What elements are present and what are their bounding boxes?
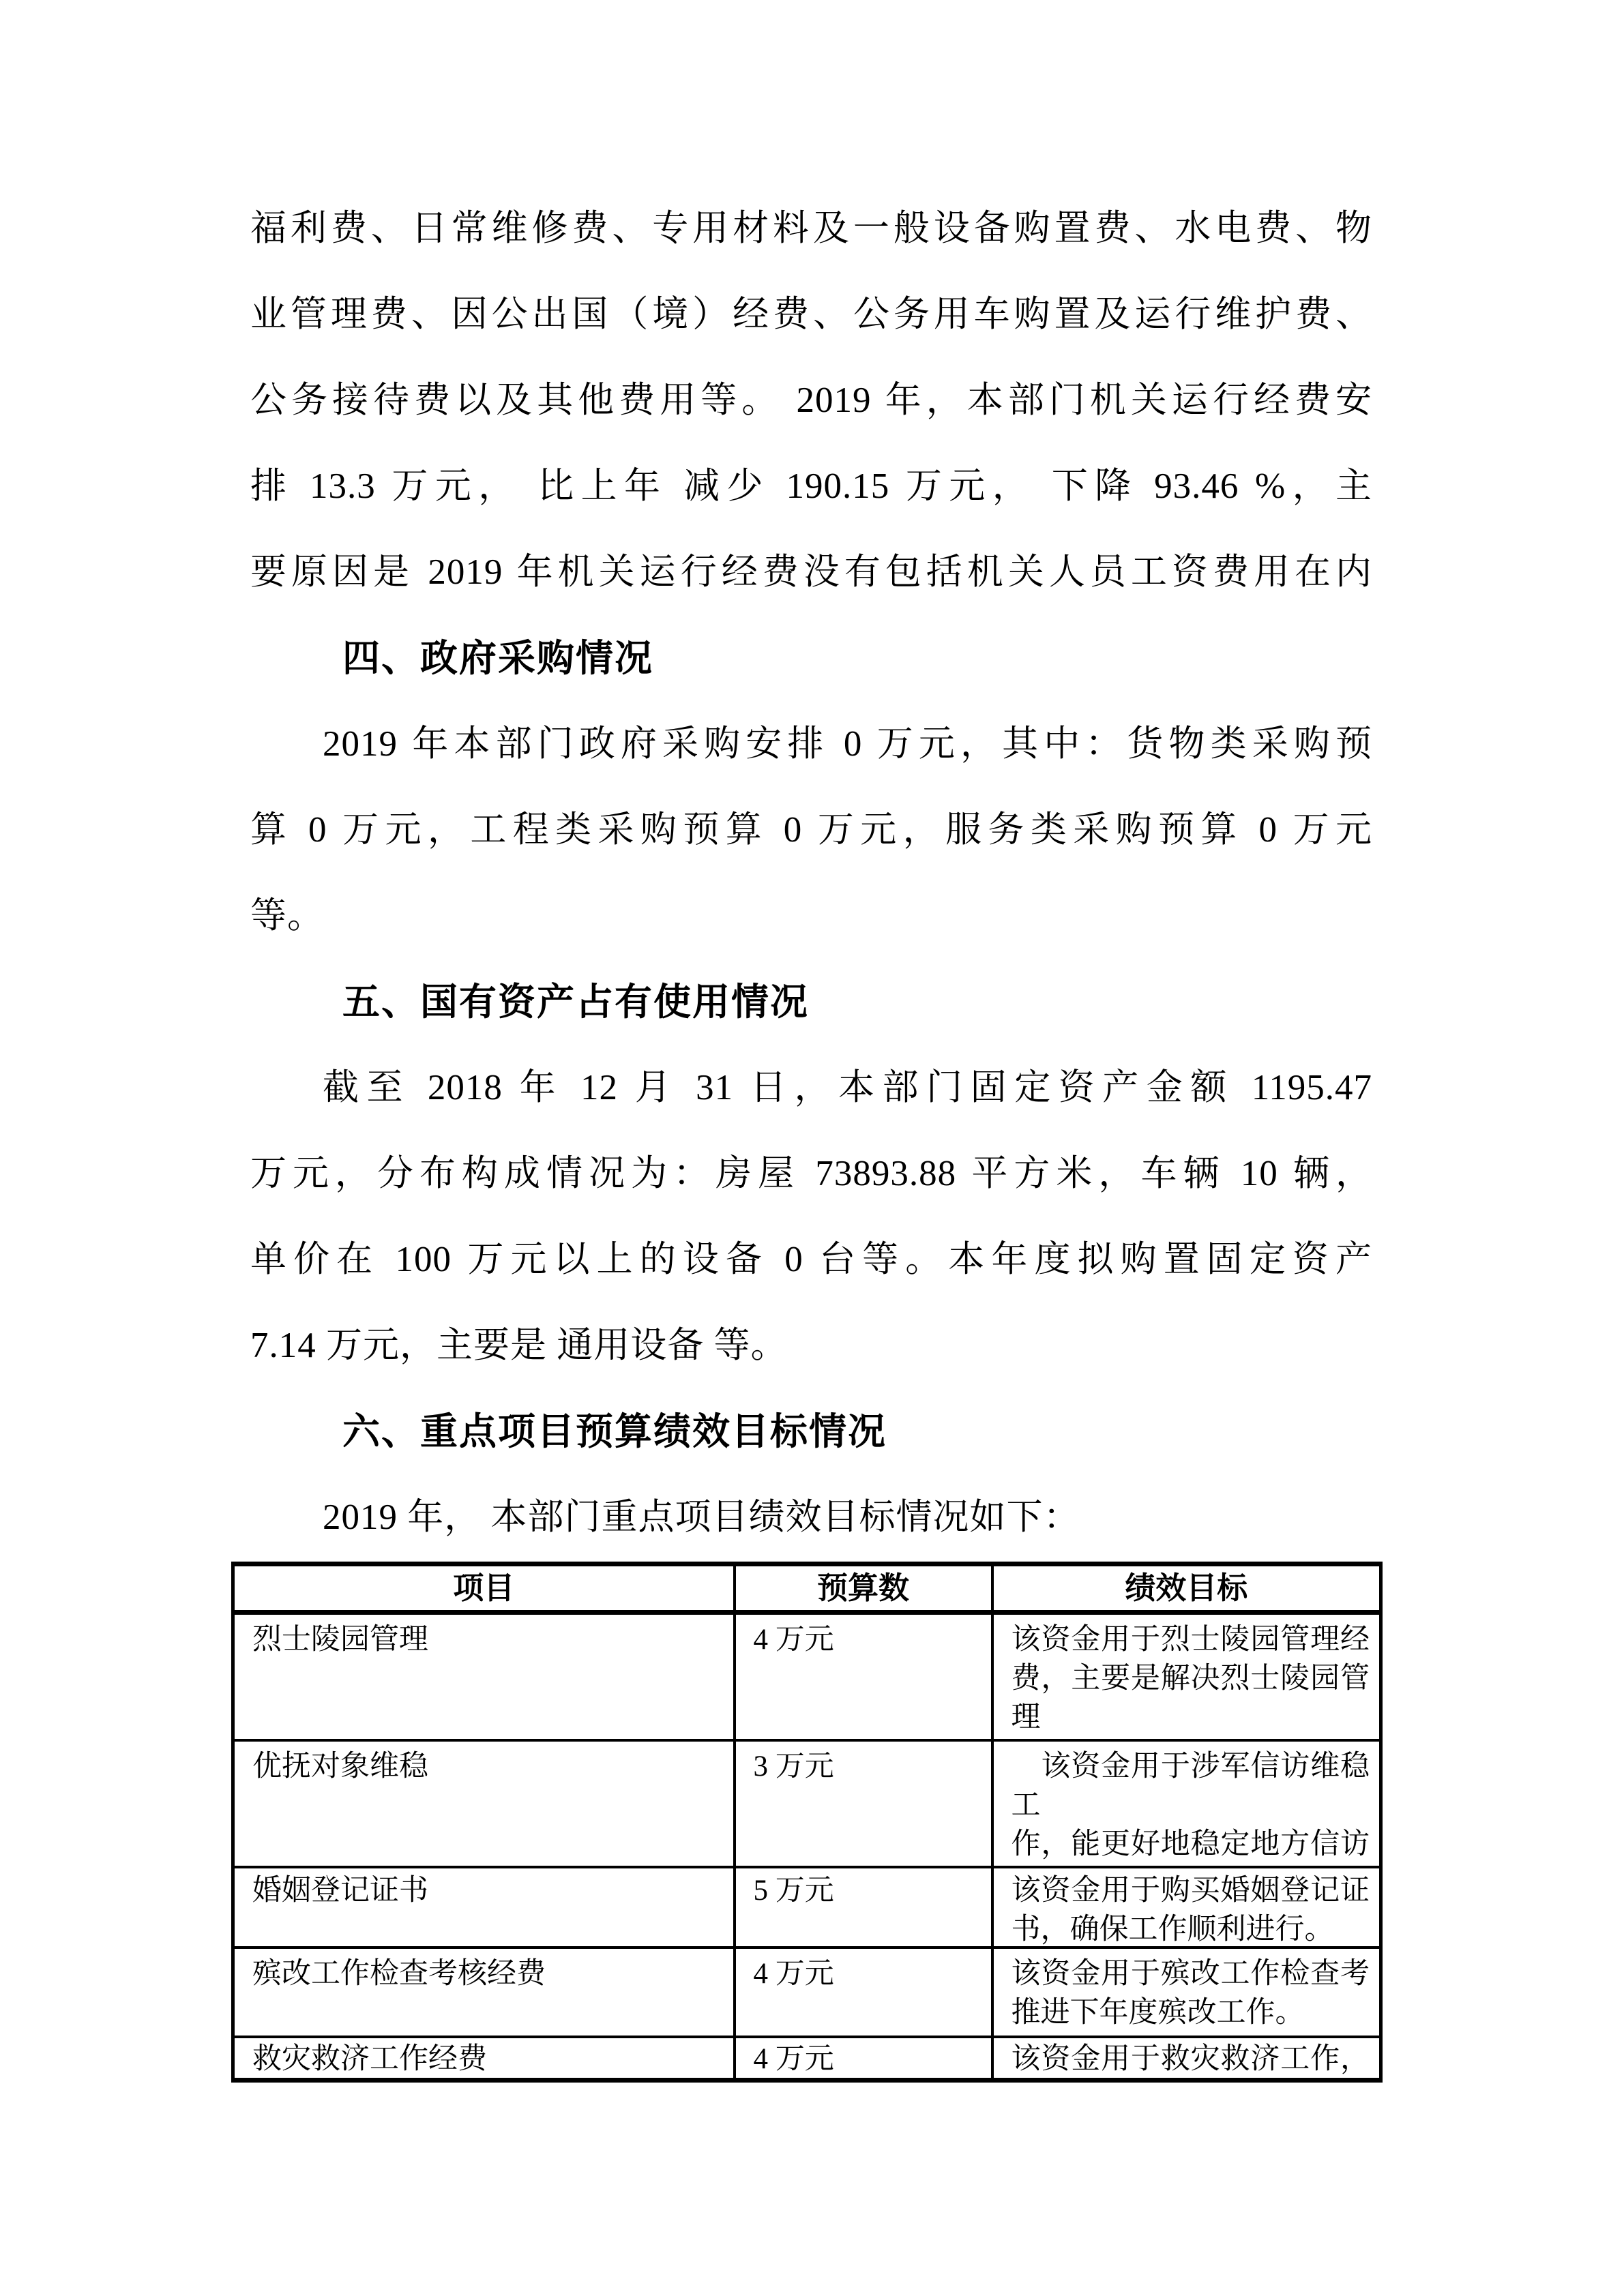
table-row: 优抚对象维稳 3 万元 该资金用于涉军信访维稳工 作，能更好地稳定地方信访案 件…	[233, 1740, 1381, 1867]
body-line: 要原因是 2019 年机关运行经费没有包括机关人员工资费用在内	[250, 529, 1372, 615]
table-row: 烈士陵园管理 4 万元 该资金用于烈士陵园管理经 费，主要是解决烈士陵园管理 员…	[233, 1613, 1381, 1741]
body-line: 2019 年本部门政府采购安排 0 万元，其中：货物类采购预	[250, 701, 1372, 787]
goal-line: 作，能更好地稳定地方信访案	[1012, 1825, 1370, 1866]
goal-line: 推进下年度殡改工作。	[1012, 1993, 1370, 2032]
goal-cell: 该资金用于救灾救济工作，解	[992, 2037, 1381, 2081]
table-header-project: 项目	[233, 1564, 735, 1613]
goal-cell: 该资金用于涉军信访维稳工 作，能更好地稳定地方信访案 件。	[992, 1740, 1381, 1867]
performance-table: 项目 预算数 绩效目标 烈士陵园管理 4 万元 该资金用于烈士陵园管理经 费，主…	[231, 1562, 1383, 2083]
project-cell: 救灾救济工作经费	[233, 2037, 735, 2081]
section-heading-assets: 五、国有资产占有使用情况	[250, 959, 1372, 1045]
body-line: 公务接待费以及其他费用等。 2019 年，本部门机关运行经费安	[250, 357, 1372, 443]
goal-line: 员工资及管理费用	[1012, 1737, 1370, 1739]
body-line: 7.14 万元，主要是 通用设备 等。	[250, 1302, 1372, 1388]
project-cell: 优抚对象维稳	[233, 1740, 735, 1867]
goal-line: 费，主要是解决烈士陵园管理	[1012, 1659, 1370, 1737]
body-line: 排 13.3 万元， 比上年 减少 190.15 万元， 下降 93.46 %，…	[250, 443, 1372, 529]
body-line: 业管理费、因公出国（境）经费、公务用车购置及运行维护费、	[250, 271, 1372, 357]
body-line: 等。	[250, 873, 1372, 959]
project-cell: 婚姻登记证书	[233, 1867, 735, 1948]
table-header-budget: 预算数	[735, 1564, 992, 1613]
goal-line: 该资金用于购买婚姻登记证	[1012, 1871, 1370, 1910]
body-line: 截至 2018 年 12 月 31 日，本部门固定资产金额 1195.47	[250, 1045, 1372, 1131]
section-heading-performance: 六、重点项目预算绩效目标情况	[250, 1388, 1372, 1474]
budget-cell: 5 万元	[735, 1867, 992, 1948]
goal-cell: 该资金用于殡改工作检查考 推进下年度殡改工作。	[992, 1948, 1381, 2037]
goal-line: 书，确保工作顺利进行。	[1012, 1910, 1370, 1946]
project-cell: 烈士陵园管理	[233, 1613, 735, 1741]
section-heading-procurement: 四、政府采购情况	[250, 615, 1372, 701]
goal-line: 该资金用于烈士陵园管理经	[1012, 1620, 1370, 1659]
document-body: 福利费、日常维修费、专用材料及一般设备购置费、水电费、物 业管理费、因公出国（境…	[250, 185, 1372, 2083]
goal-line: 该资金用于救灾救济工作，解	[1012, 2040, 1370, 2078]
project-cell: 殡改工作检查考核经费	[233, 1948, 735, 2037]
body-line: 福利费、日常维修费、专用材料及一般设备购置费、水电费、物	[250, 185, 1372, 271]
goal-line: 该资金用于殡改工作检查考	[1012, 1954, 1370, 1993]
table-row: 婚姻登记证书 5 万元 该资金用于购买婚姻登记证 书，确保工作顺利进行。	[233, 1867, 1381, 1948]
table-header-goal: 绩效目标	[992, 1564, 1381, 1613]
table-row: 救灾救济工作经费 4 万元 该资金用于救灾救济工作，解	[233, 2037, 1381, 2081]
table-row: 殡改工作检查考核经费 4 万元 该资金用于殡改工作检查考 推进下年度殡改工作。	[233, 1948, 1381, 2037]
body-line: 算 0 万元，工程类采购预算 0 万元，服务类采购预算 0 万元	[250, 787, 1372, 873]
budget-cell: 4 万元	[735, 1613, 992, 1741]
budget-cell: 3 万元	[735, 1740, 992, 1867]
goal-cell: 该资金用于烈士陵园管理经 费，主要是解决烈士陵园管理 员工资及管理费用	[992, 1613, 1381, 1741]
goal-cell: 该资金用于购买婚姻登记证 书，确保工作顺利进行。	[992, 1867, 1381, 1948]
goal-line: 该资金用于涉军信访维稳工	[1012, 1747, 1370, 1825]
budget-cell: 4 万元	[735, 2037, 992, 2081]
performance-table-wrapper: 项目 预算数 绩效目标 烈士陵园管理 4 万元 该资金用于烈士陵园管理经 费，主…	[231, 1562, 1372, 2083]
budget-cell: 4 万元	[735, 1948, 992, 2037]
body-line: 单价在 100 万元以上的设备 0 台等。本年度拟购置固定资产	[250, 1217, 1372, 1302]
body-line: 万元，分布构成情况为：房屋 73893.88 平方米，车辆 10 辆，	[250, 1131, 1372, 1217]
document-page: 福利费、日常维修费、专用材料及一般设备购置费、水电费、物 业管理费、因公出国（境…	[0, 0, 1624, 2296]
table-header-row: 项目 预算数 绩效目标	[233, 1564, 1381, 1613]
body-line: 2019 年， 本部门重点项目绩效目标情况如下：	[250, 1474, 1372, 1560]
